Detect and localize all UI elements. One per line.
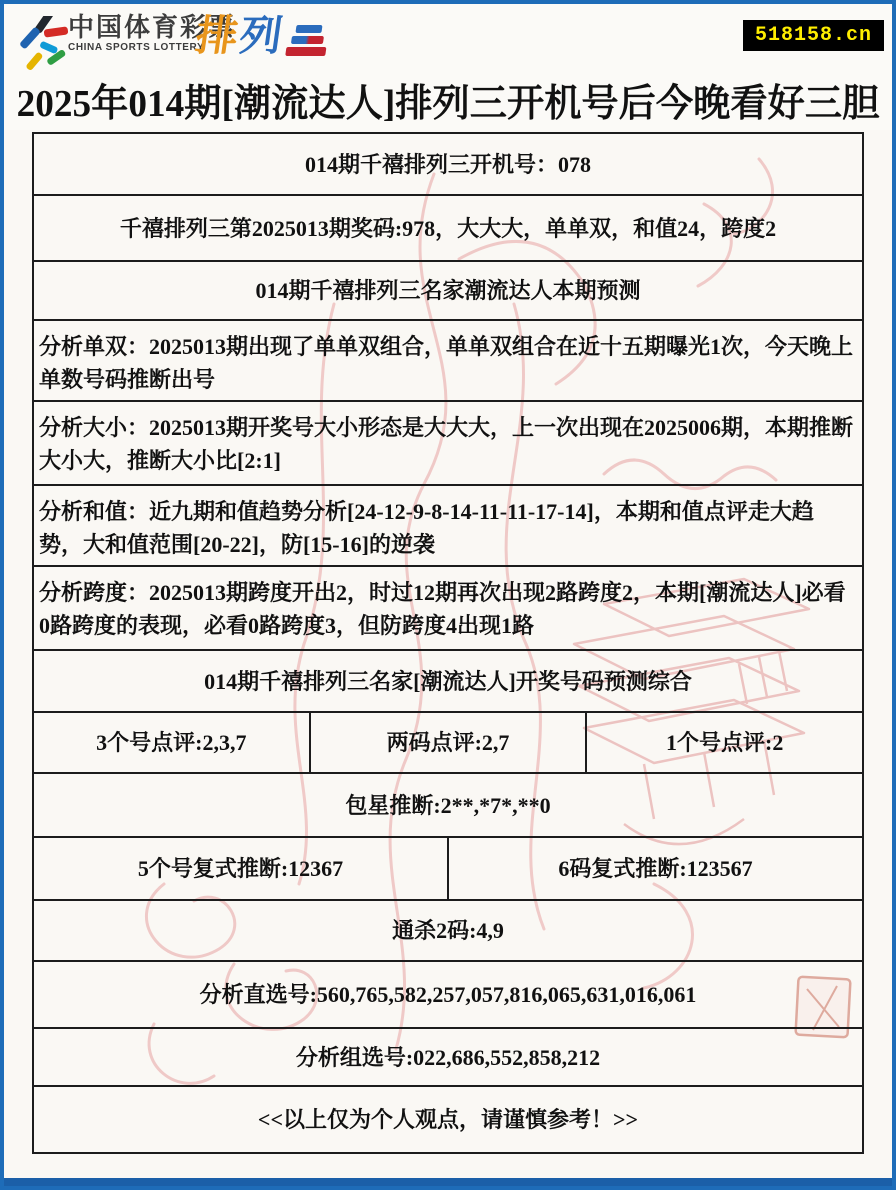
row-tongsha: 通杀2码:4,9 [34, 899, 862, 960]
row-dianping: 3个号点评:2,3,7 两码点评:2,7 1个号点评:2 [34, 711, 862, 772]
prediction-table: 014期千禧排列三开机号：078 千禧排列三第2025013期奖码:978，大大… [32, 132, 864, 1154]
cell-1hao-dianping: 1个号点评:2 [585, 713, 862, 772]
product-char-lie: 列 [237, 14, 285, 58]
row-fushi: 5个号复式推断:12367 6码复式推断:123567 [34, 836, 862, 899]
product-char-san-bars [285, 22, 330, 58]
row-disclaimer: <<以上仅为个人观点，请谨慎参考！>> [34, 1085, 862, 1152]
row-zhixuan: 分析直选号:560,765,582,257,057,816,065,631,01… [34, 960, 862, 1027]
row-yuce-zonghe: 014期千禧排列三名家[潮流达人]开奖号码预测综合 [34, 649, 862, 711]
cell-3hao-dianping: 3个号点评:2,3,7 [34, 713, 309, 772]
cell-5hao-fushi: 5个号复式推断:12367 [34, 838, 447, 899]
row-zuxuan: 分析组选号:022,686,552,858,212 [34, 1027, 862, 1085]
product-char-pai: 排 [193, 14, 241, 58]
page-title: 2025年014期[潮流达人]排列三开机号后今晚看好三胆 [13, 72, 883, 127]
cell-6ma-fushi: 6码复式推断:123567 [447, 838, 862, 899]
sports-lottery-logo-icon [20, 16, 70, 76]
footer-bar [4, 1178, 892, 1186]
row-baoxing: 包星推断:2**,*7*,**0 [34, 772, 862, 836]
product-logo-pailiesan: 排 列 [193, 14, 331, 58]
row-analysis-daxiao: 分析大小：2025013期开奖号大小形态是大大大，上一次出现在2025006期，… [34, 400, 862, 484]
row-jiangma: 千禧排列三第2025013期奖码:978，大大大，单单双，和值24，跨度2 [34, 194, 862, 260]
site-url-badge: 518158.cn [743, 20, 884, 51]
row-analysis-kuadu: 分析跨度：2025013期跨度开出2，时过12期再次出现2路跨度2，本期[潮流达… [34, 565, 862, 649]
row-benqi-yuce: 014期千禧排列三名家潮流达人本期预测 [34, 260, 862, 319]
header: 中国体育彩票 CHINA SPORTS LOTTERY 排 列 518158.c… [4, 4, 892, 130]
cell-liangma-dianping: 两码点评:2,7 [309, 713, 586, 772]
row-analysis-hezhi: 分析和值：近九期和值趋势分析[24-12-9-8-14-11-11-17-14]… [34, 484, 862, 565]
lottery-prediction-page: 中国体育彩票 CHINA SPORTS LOTTERY 排 列 518158.c… [0, 0, 896, 1190]
row-analysis-danshuang: 分析单双：2025013期出现了单单双组合，单单双组合在近十五期曝光1次，今天晚… [34, 319, 862, 400]
row-kaijihao: 014期千禧排列三开机号：078 [34, 134, 862, 194]
